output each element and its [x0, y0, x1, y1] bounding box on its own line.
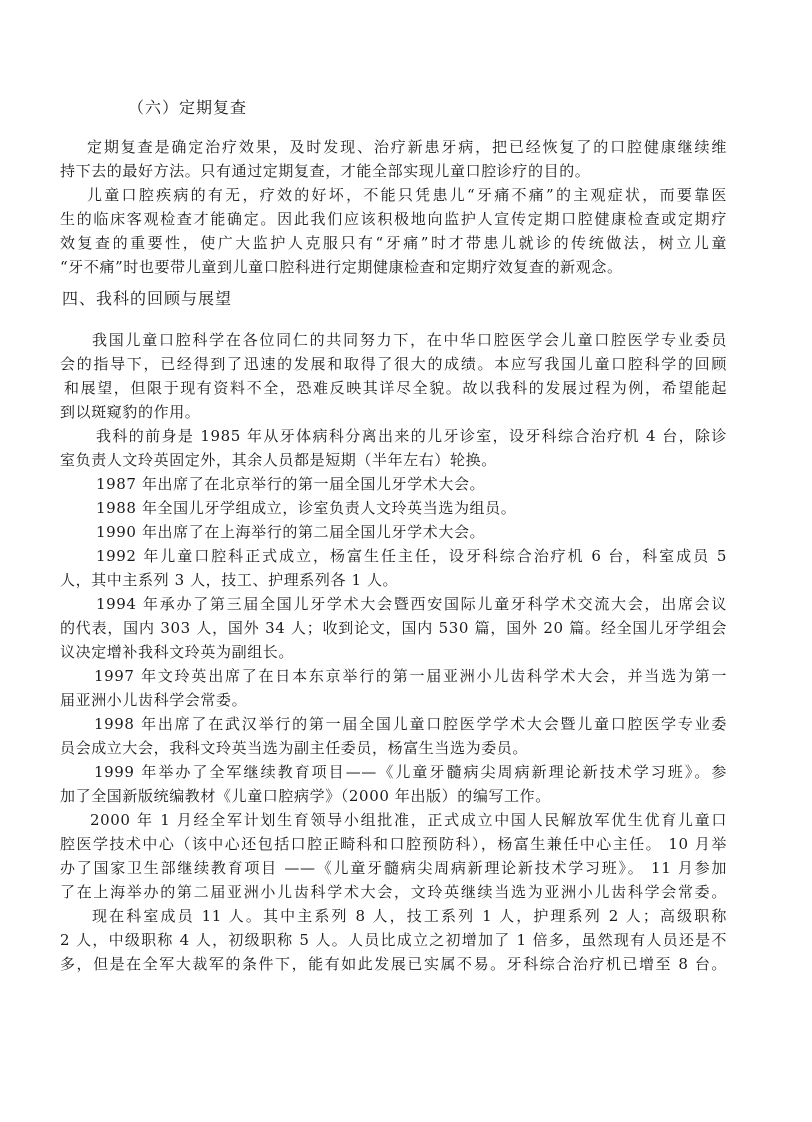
text-line: 1994 年承办了第三届全国儿牙学术大会暨西安国际儿童牙科学术交流大会，出席会议 — [96, 594, 727, 614]
document-page: （六）定期复查 定期复查是确定治疗效果，及时发现、治疗新患牙病，把已经恢复了的口… — [0, 0, 812, 1122]
text-line: 届亚洲小儿齿科学会常委。 — [60, 690, 247, 710]
section-heading-periodic-review: （六）定期复查 — [128, 97, 247, 119]
text-line: 2000 年 1 月经全军计划生育领导小组批准，正式成立中国人民解放军优生优育儿… — [90, 810, 727, 830]
paragraph-1987: 1987 年出席了在北京举行的第一届全国儿牙学术大会。 — [96, 474, 485, 494]
text-line: 持下去的最好方法。只有通过定期复查，才能全部实现儿童口腔诊疗的目的。 — [60, 161, 590, 181]
text-line: 1998 年出席了在武汉举行的第一届全国儿童口腔医学学术大会暨儿童口腔医学专业委 — [94, 714, 727, 734]
text-line: 我国儿童口腔科学在各位同仁的共同努力下，在中华口腔医学会儿童口腔医学专业委员 — [92, 330, 727, 350]
text-line: 效复查的重要性，使广大监护人克服只有“牙痛”时才带患儿就诊的传统做法，树立儿童 — [60, 233, 727, 253]
text-line: 生的临床客观检查才能确定。因此我们应该积极地向监护人宣传定期口腔健康检查或定期疗 — [60, 209, 727, 229]
text-line: 儿童口腔疾病的有无，疗效的好坏，不能只凭患儿“牙痛不痛”的主观症状，而要靠医 — [87, 185, 727, 205]
text-line: 到以斑窥豹的作用。 — [60, 402, 200, 422]
text-line: 会的指导下，已经得到了迅速的发展和取得了很大的成绩。本应写我国儿童口腔科学的回顾 — [60, 354, 727, 374]
text-line: 加了全国新版统编教材《儿童口腔病学》（2000 年出版）的编写工作。 — [60, 786, 551, 806]
text-line: 办了国家卫生部继续教育项目 ——《儿童牙髓病尖周病新理论新技术学习班》。 11 … — [60, 858, 727, 878]
text-line: 室负责人文玲英固定外，其余人员都是短期（半年左右）轮换。 — [60, 450, 497, 470]
text-line: 多，但是在全军大裁军的条件下，能有如此发展已实属不易。牙科综合治疗机已增至 8 … — [60, 954, 727, 974]
text-line: 定期复查是确定治疗效果，及时发现、治疗新患牙病，把已经恢复了的口腔健康继续维 — [87, 137, 727, 157]
text-line: 议决定增补我科文玲英为副组长。 — [60, 642, 294, 662]
text-line: 1992 年儿童口腔科正式成立，杨富生任主任，设牙科综合治疗机 6 台，科室成员… — [96, 546, 727, 566]
text-line: “牙不痛”时也要带儿童到儿童口腔科进行定期健康检查和定期疗效复查的新观念。 — [60, 257, 623, 277]
text-line: 我科的前身是 1985 年从牙体病科分离出来的儿牙诊室，设牙科综合治疗机 4 台… — [96, 426, 727, 446]
text-line: 腔医学技术中心（该中心还包括口腔正畸科和口腔预防科），杨富生兼任中心主任。 10… — [60, 834, 727, 854]
text-line: 和展望，但限于现有资料不全，恐难反映其详尽全貌。故以我科的发展过程为例，希望能起 — [64, 378, 727, 398]
text-line: 1999 年举办了全军继续教育项目——《儿童牙髓病尖周病新理论新技术学习班》。参 — [94, 762, 727, 782]
text-line: 了在上海举办的第二届亚洲小儿齿科学术大会，文玲英继续当选为亚洲小儿齿科学会常委。 — [60, 882, 727, 902]
text-line: 1997 年文玲英出席了在日本东京举行的第一届亚洲小儿齿科学术大会，并当选为第一 — [94, 666, 727, 686]
section-heading-review-outlook: 四、我科的回顾与展望 — [62, 288, 232, 310]
paragraph-1988: 1988 年全国儿牙学组成立，诊室负责人文玲英当选为组员。 — [96, 498, 516, 518]
text-line: 人，其中主系列 3 人，技工、护理系列各 1 人。 — [60, 570, 398, 590]
paragraph-1990: 1990 年出席了在上海举行的第二届全国儿牙学术大会。 — [96, 522, 485, 542]
text-line: 的代表，国内 303 人，国外 34 人；收到论文，国内 530 篇，国外 20… — [60, 618, 727, 638]
text-line: 员会成立大会，我科文玲英当选为副主任委员，杨富生当选为委员。 — [60, 738, 528, 758]
text-line: 2 人，中级职称 4 人，初级职称 5 人。人员比成立之初增加了 1 倍多，虽然… — [60, 930, 727, 950]
text-line: 现在科室成员 11 人。其中主系列 8 人，技工系列 1 人，护理系列 2 人；… — [92, 906, 727, 926]
